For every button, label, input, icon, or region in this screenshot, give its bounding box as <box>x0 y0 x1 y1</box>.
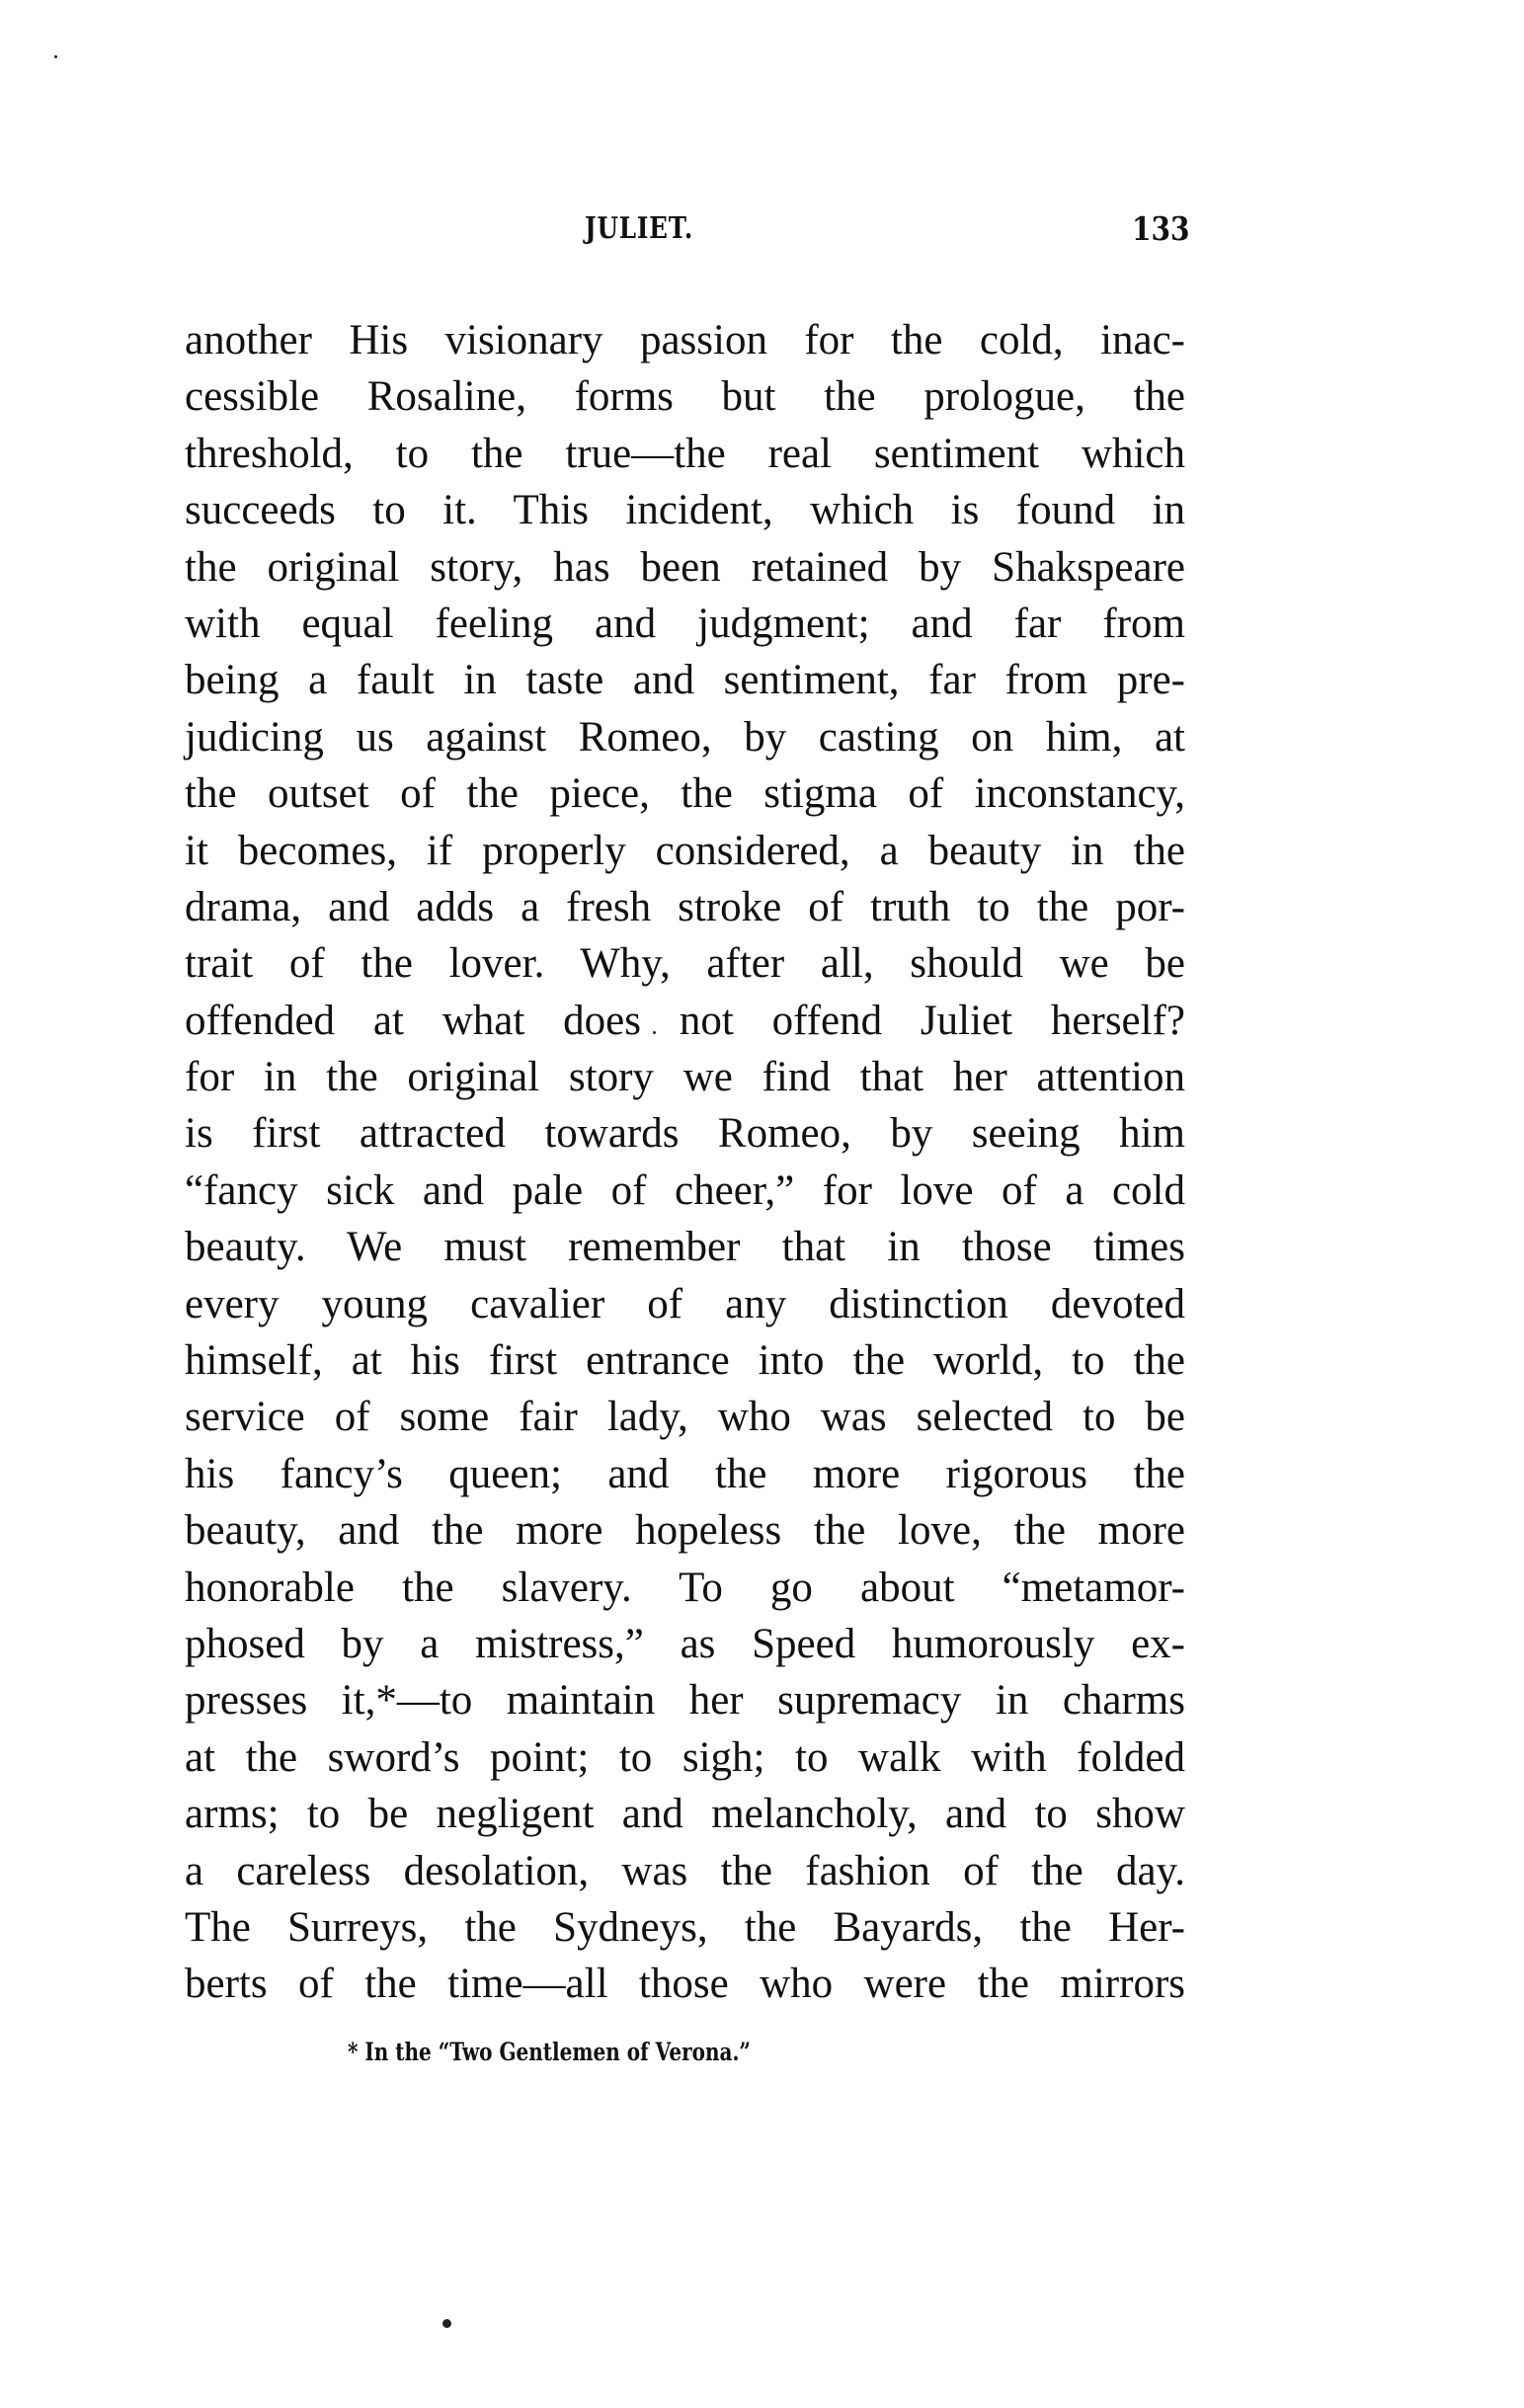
scan-speck <box>653 1031 656 1034</box>
running-title: JULIET. <box>585 211 693 246</box>
text-line: berts of the time—all those who were the… <box>185 1956 1185 2012</box>
book-page: JULIET. 133 another His visionary passio… <box>0 0 1524 2408</box>
text-line: with equal feeling and judgment; and far… <box>185 596 1185 652</box>
text-line: at the sword’s point; to sigh; to walk w… <box>185 1729 1185 1786</box>
text-line: is first attracted towards Romeo, by see… <box>185 1105 1185 1162</box>
text-line: being a fault in taste and sentiment, fa… <box>185 652 1185 708</box>
text-line: another His visionary passion for the co… <box>185 312 1185 368</box>
text-line: for in the original story we find that h… <box>185 1049 1185 1105</box>
text-line: it becomes, if properly considered, a be… <box>185 823 1185 879</box>
text-line: beauty, and the more hopeless the love, … <box>185 1502 1185 1559</box>
text-line: service of some fair lady, who was selec… <box>185 1389 1185 1445</box>
text-line: judicing us against Romeo, by casting on… <box>185 709 1185 765</box>
text-line: trait of the lover. Why, after all, shou… <box>185 935 1185 992</box>
text-line: drama, and adds a fresh stroke of truth … <box>185 879 1185 935</box>
text-line: arms; to be negligent and melancholy, an… <box>185 1786 1185 1842</box>
text-line: a careless desolation, was the fashion o… <box>185 1843 1185 1899</box>
text-line: the outset of the piece, the stigma of i… <box>185 765 1185 822</box>
text-line: offended at what does not offend Juliet … <box>185 993 1185 1049</box>
text-line: threshold, to the true—the real sentimen… <box>185 426 1185 482</box>
scan-speck <box>54 55 57 58</box>
text-line: himself, at his first entrance into the … <box>185 1332 1185 1389</box>
text-line: honorable the slavery. To go about “meta… <box>185 1560 1185 1616</box>
text-line: “fancy sick and pale of cheer,” for love… <box>185 1163 1185 1219</box>
text-line: cessible Rosaline, forms but the prologu… <box>185 368 1185 425</box>
text-line: succeeds to it. This incident, which is … <box>185 482 1185 538</box>
scan-speck <box>442 2319 451 2328</box>
text-line: beauty. We must remember that in those t… <box>185 1219 1185 1275</box>
text-line: presses it,*—to maintain her supremacy i… <box>185 1672 1185 1728</box>
text-line: the original story, has been retained by… <box>185 539 1185 596</box>
page-number: 133 <box>1132 209 1190 248</box>
text-line: every young cavalier of any distinction … <box>185 1276 1185 1332</box>
text-line: phosed by a mistress,” as Speed humorous… <box>185 1616 1185 1672</box>
text-line: The Surreys, the Sydneys, the Bayards, t… <box>185 1899 1185 1956</box>
footnote: * In the “Two Gentlemen of Verona.” <box>348 2038 751 2066</box>
text-line: his fancy’s queen; and the more rigorous… <box>185 1446 1185 1502</box>
body-text: another His visionary passion for the co… <box>185 312 1185 2013</box>
